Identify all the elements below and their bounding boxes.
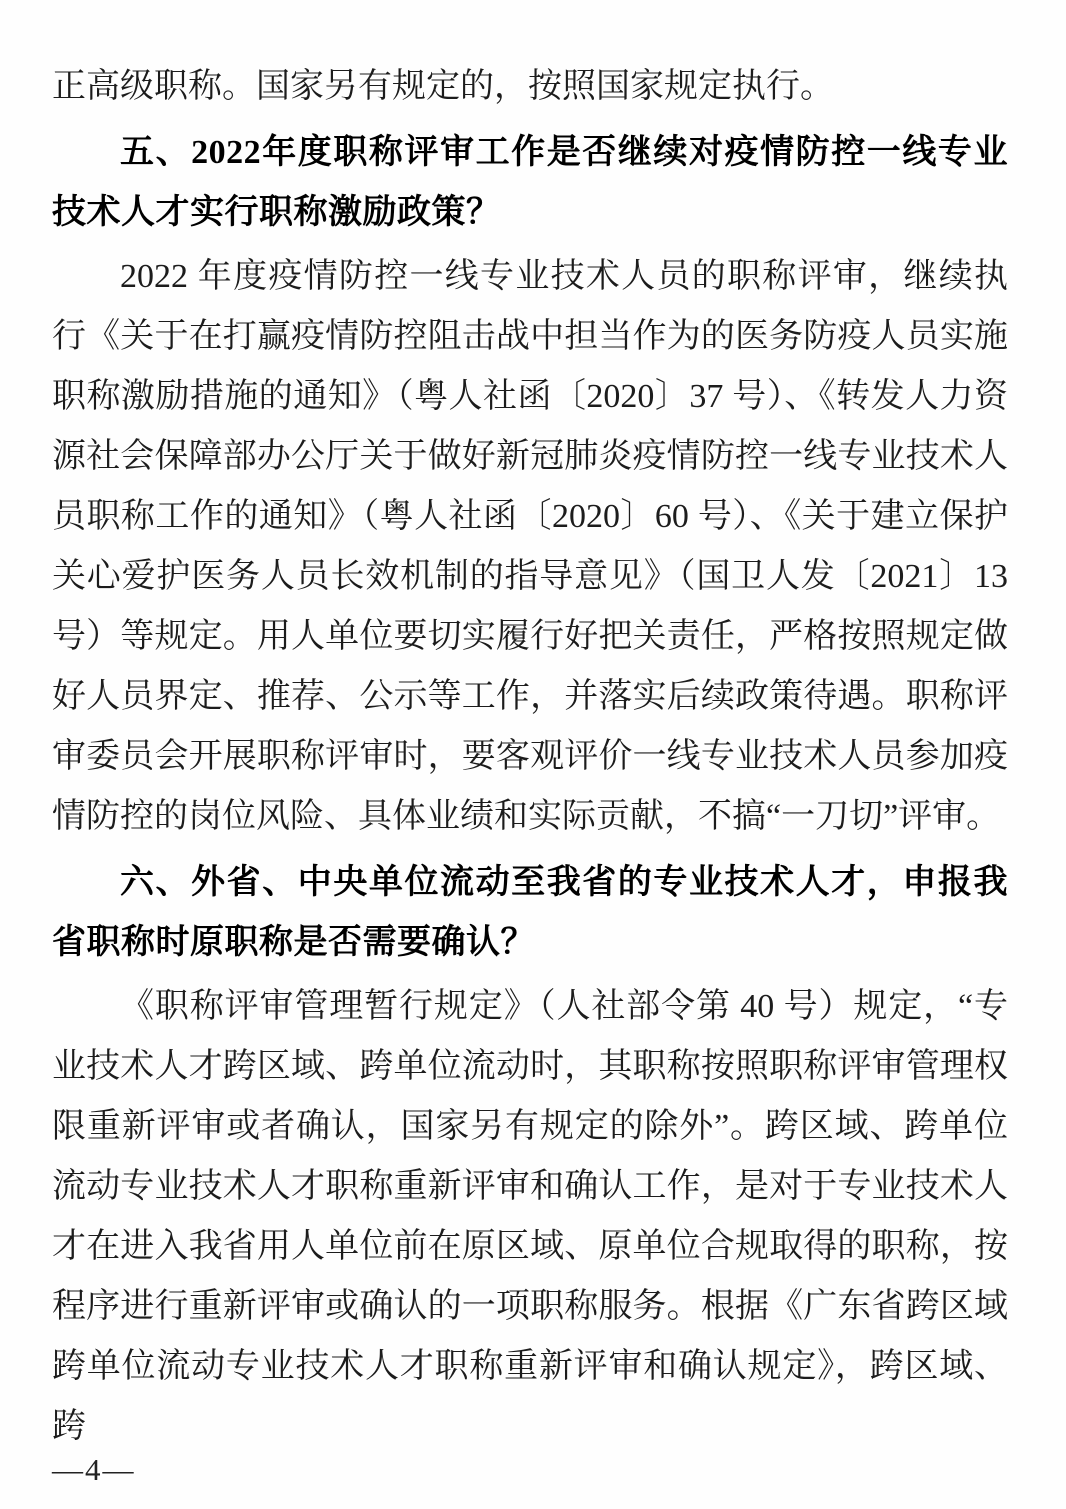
section-heading-5: 五、2022年度职称评审工作是否继续对疫情防控一线专业技术人才实行职称激励政策？ xyxy=(52,123,1008,243)
document-page: 正高级职称。国家另有规定的，按照国家规定执行。 五、2022年度职称评审工作是否… xyxy=(0,0,1066,1509)
paragraph-section-5: 2022 年度疫情防控一线专业技术人员的职称评审，继续执行《关于在打赢疫情防控阻… xyxy=(52,247,1008,847)
section-heading-6: 六、外省、中央单位流动至我省的专业技术人才，申报我省职称时原职称是否需要确认？ xyxy=(52,853,1008,973)
page-number: —4— xyxy=(52,1452,136,1487)
page-footer: —4— xyxy=(52,1452,136,1488)
document-body: 正高级职称。国家另有规定的，按照国家规定执行。 五、2022年度职称评审工作是否… xyxy=(52,57,1008,1457)
paragraph-continuation: 正高级职称。国家另有规定的，按照国家规定执行。 xyxy=(52,57,1008,117)
paragraph-section-6: 《职称评审管理暂行规定》（人社部令第 40 号）规定，“专业技术人才跨区域、跨单… xyxy=(52,977,1008,1457)
